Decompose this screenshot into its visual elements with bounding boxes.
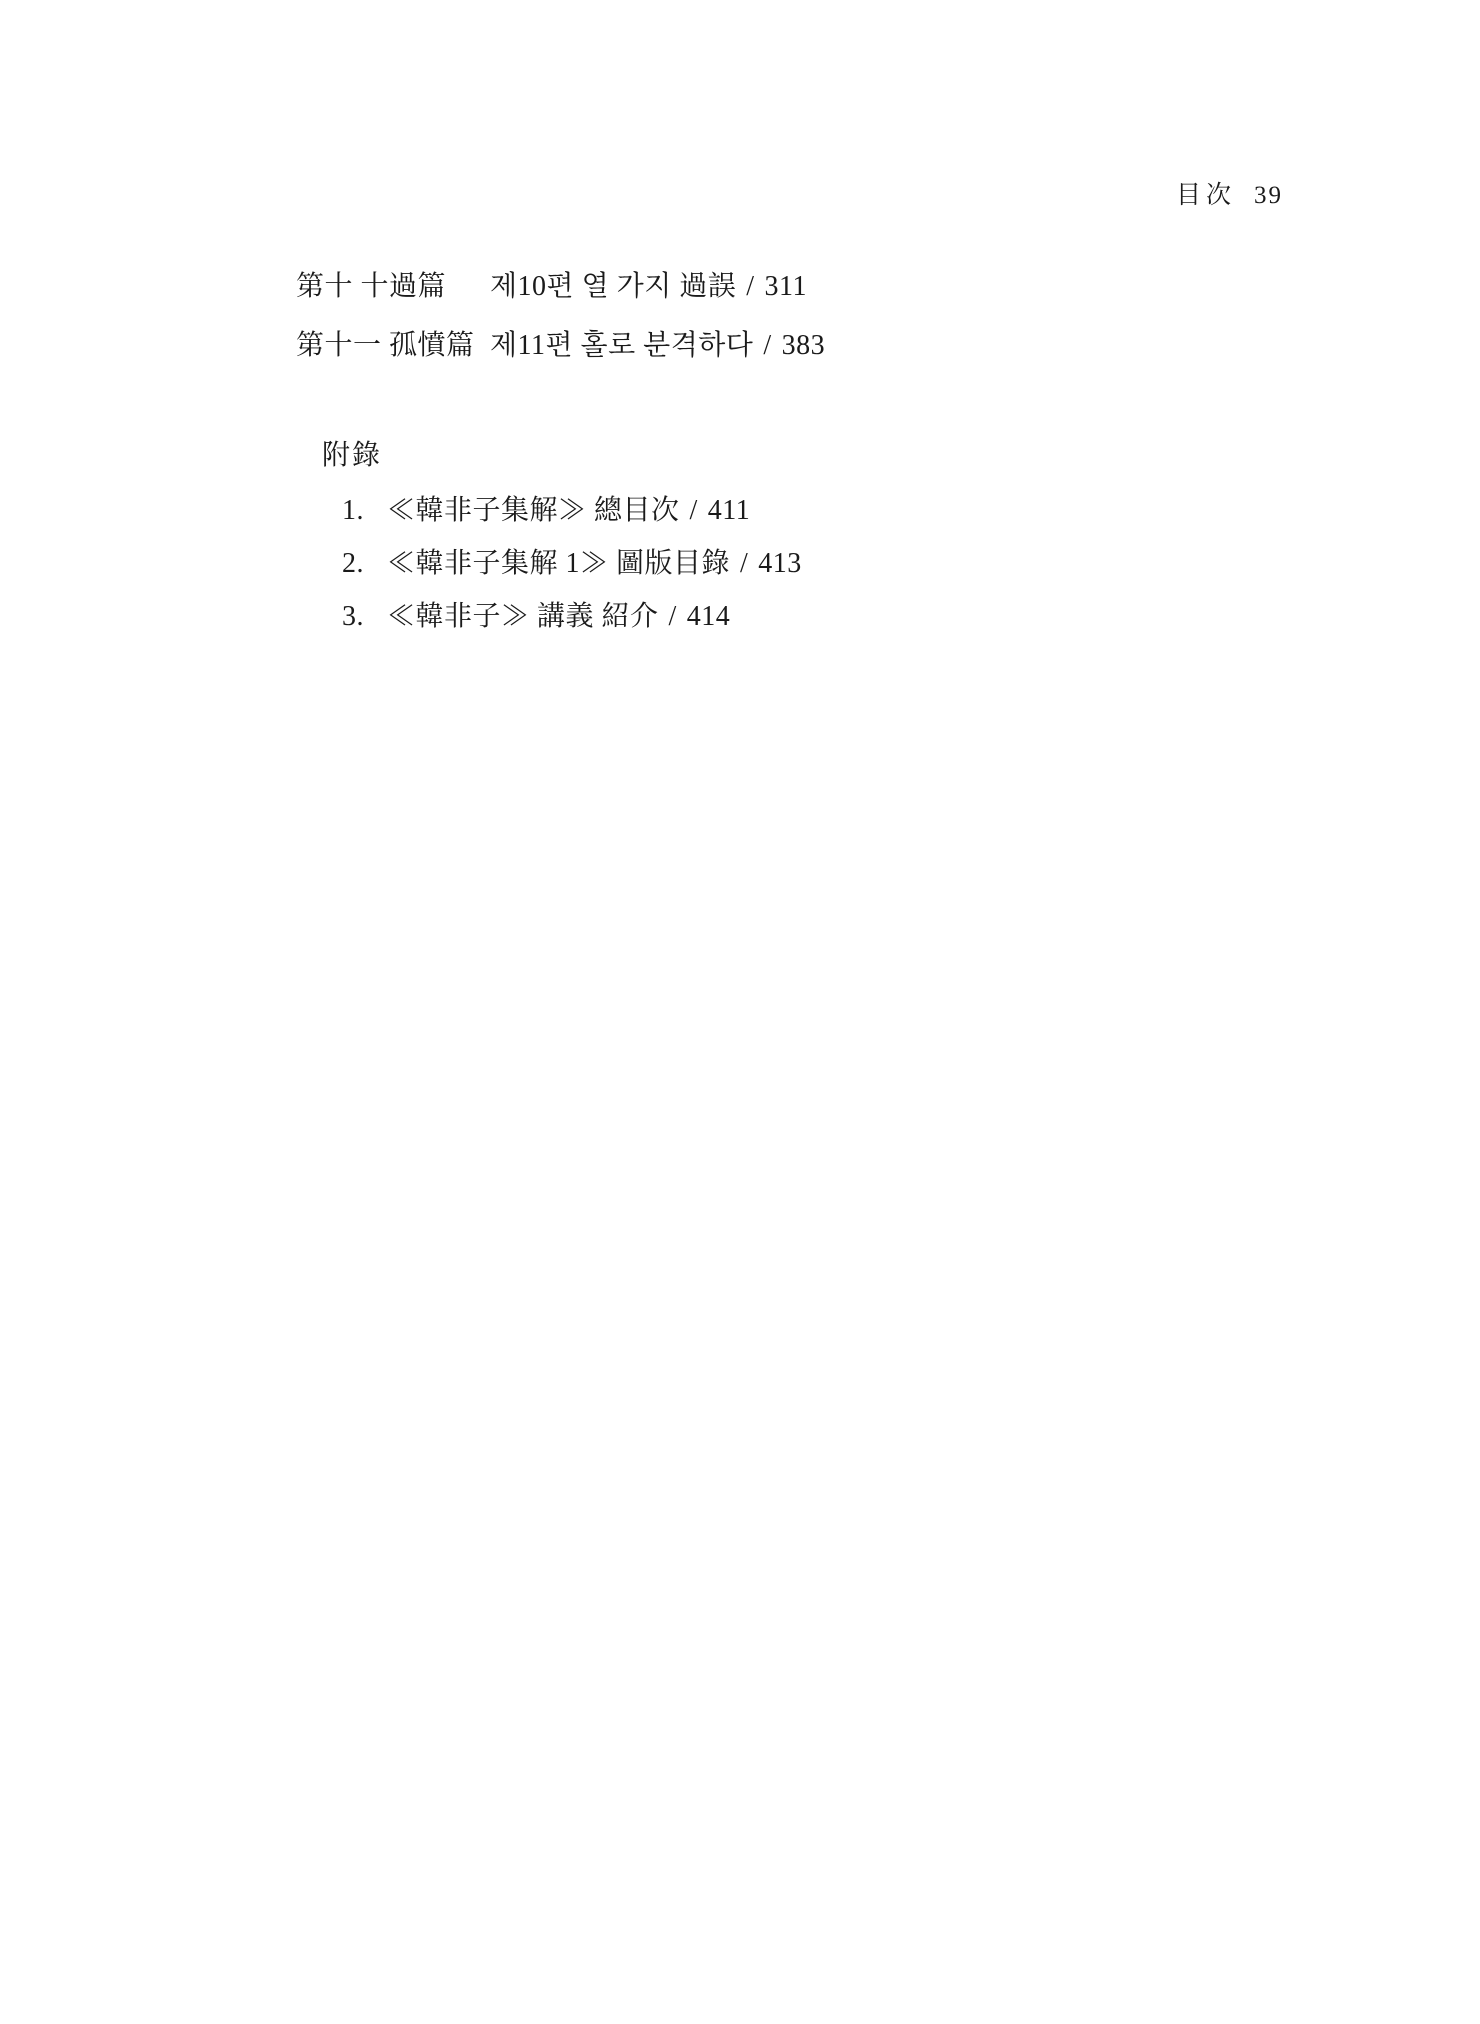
chapter-description: 제11편 홀로 분격하다 [490, 330, 753, 361]
appendix-item-1: 1.≪韓非子集解≫ 總目次/411 [342, 495, 750, 527]
appendix-item-3: 3.≪韓非子≫ 講義 紹介/414 [342, 601, 730, 633]
page-separator: / [763, 330, 771, 361]
appendix-item-page-number: 413 [758, 548, 802, 579]
appendix-title: 附錄 [322, 440, 382, 472]
appendix-item-number: 2. [342, 548, 387, 580]
chapter-page-number: 383 [782, 330, 826, 361]
running-head-page-number: 39 [1254, 182, 1283, 209]
chapter-description: 제10편 열 가지 過誤 [490, 271, 736, 302]
toc-page: 目次39 第十 十過篇제10편 열 가지 過誤/311 第十一 孤憤篇제11편 … [0, 0, 1480, 2024]
page-separator: / [669, 601, 677, 632]
appendix-item-text: ≪韓非子集解 1≫ 圖版目錄 [387, 548, 730, 579]
page-separator: / [740, 548, 748, 579]
appendix-item-page-number: 411 [708, 495, 750, 526]
toc-entry-chapter-11: 第十一 孤憤篇제11편 홀로 분격하다/383 [296, 330, 825, 362]
chapter-title: 第十一 孤憤篇 [296, 330, 490, 362]
page-separator: / [690, 495, 698, 526]
appendix-item-page-number: 414 [687, 601, 731, 632]
appendix-item-2: 2.≪韓非子集解 1≫ 圖版目錄/413 [342, 548, 802, 580]
appendix-item-text: ≪韓非子≫ 講義 紹介 [387, 601, 659, 632]
page-separator: / [746, 271, 754, 302]
running-head-title: 目次 [1176, 182, 1236, 209]
toc-entry-chapter-10: 第十 十過篇제10편 열 가지 過誤/311 [296, 271, 807, 303]
running-head: 目次39 [1176, 182, 1283, 211]
appendix-item-number: 3. [342, 601, 387, 633]
chapter-title: 第十 十過篇 [296, 271, 490, 303]
chapter-page-number: 311 [765, 271, 807, 302]
appendix-item-text: ≪韓非子集解≫ 總目次 [387, 495, 680, 526]
appendix-item-number: 1. [342, 495, 387, 527]
